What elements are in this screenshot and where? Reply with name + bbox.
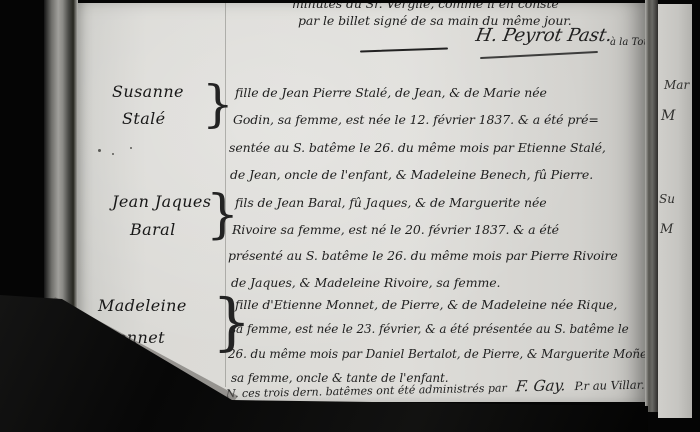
pastor-signature: H. Peyrot Past. — [474, 25, 614, 46]
record-3-line-2: sa femme, est née le 23. février, & a ét… — [230, 322, 629, 336]
record-1-line-3: sentée au S. batême le 26. du même mois … — [229, 140, 606, 155]
footnote-signature: F. Gay. — [515, 376, 567, 395]
facing-page-text-fragment: Su — [659, 192, 675, 206]
record-2-line-2: Rivoire sa femme, est né le 20. février … — [232, 222, 559, 237]
book-gutter — [645, 0, 658, 412]
ink-speck — [112, 153, 114, 155]
record-2-margin-name-line-1: Jean Jaques — [112, 192, 211, 211]
record-3-line-1: fille d'Etienne Monnet, de Pierre, & de … — [235, 297, 617, 312]
record-2-line-4: de Jaques, & Madeleine Rivoire, sa femme… — [231, 275, 500, 290]
footnote-text: N. ces trois dern. batêmes ont été admin… — [226, 382, 507, 401]
footnote-place: P.r au Villar. — [574, 378, 644, 393]
record-1-line-2: Godin, sa femme, est née le 12. février … — [233, 112, 599, 127]
ink-speck — [130, 147, 132, 149]
record-1-line-1: fille de Jean Pierre Stalé, de Jean, & d… — [235, 85, 547, 100]
facing-page-text-fragment: Mar — [664, 78, 689, 92]
record-3-margin-name-line-1: Madeleine — [98, 296, 187, 315]
register-photo: minutes du Sr. Vergile, comme il en cons… — [0, 0, 700, 432]
signature-flourish — [480, 51, 598, 59]
record-2-line-1: fils de Jean Baral, fû Jaques, & de Marg… — [235, 195, 547, 210]
brace-glyph: } — [202, 79, 234, 129]
record-2-line-3: présenté au S. batême le 26. du même moi… — [228, 248, 618, 263]
pastor-signature-place: à la Tour. — [610, 37, 648, 48]
facing-page-text-fragment: M — [661, 108, 675, 124]
top-note-line-1: minutes du Sr. Vergile, comme il en cons… — [292, 3, 559, 11]
register-page: minutes du Sr. Vergile, comme il en cons… — [78, 3, 648, 402]
record-2-margin-name-line-2: Baral — [130, 220, 176, 239]
ink-speck — [98, 149, 101, 152]
record-1-margin-name-line-2: Stalé — [122, 109, 166, 128]
facing-page-sliver: Mar M Su M — [658, 4, 692, 418]
record-1-line-4: de Jean, oncle de l'enfant, & Madeleine … — [230, 167, 593, 182]
record-1-margin-name-line-1: Susanne — [112, 82, 184, 101]
record-3-line-3: 26. du même mois par Daniel Bertalot, de… — [228, 347, 648, 361]
facing-page-text-fragment: M — [660, 222, 673, 237]
separator-stroke — [360, 47, 448, 52]
